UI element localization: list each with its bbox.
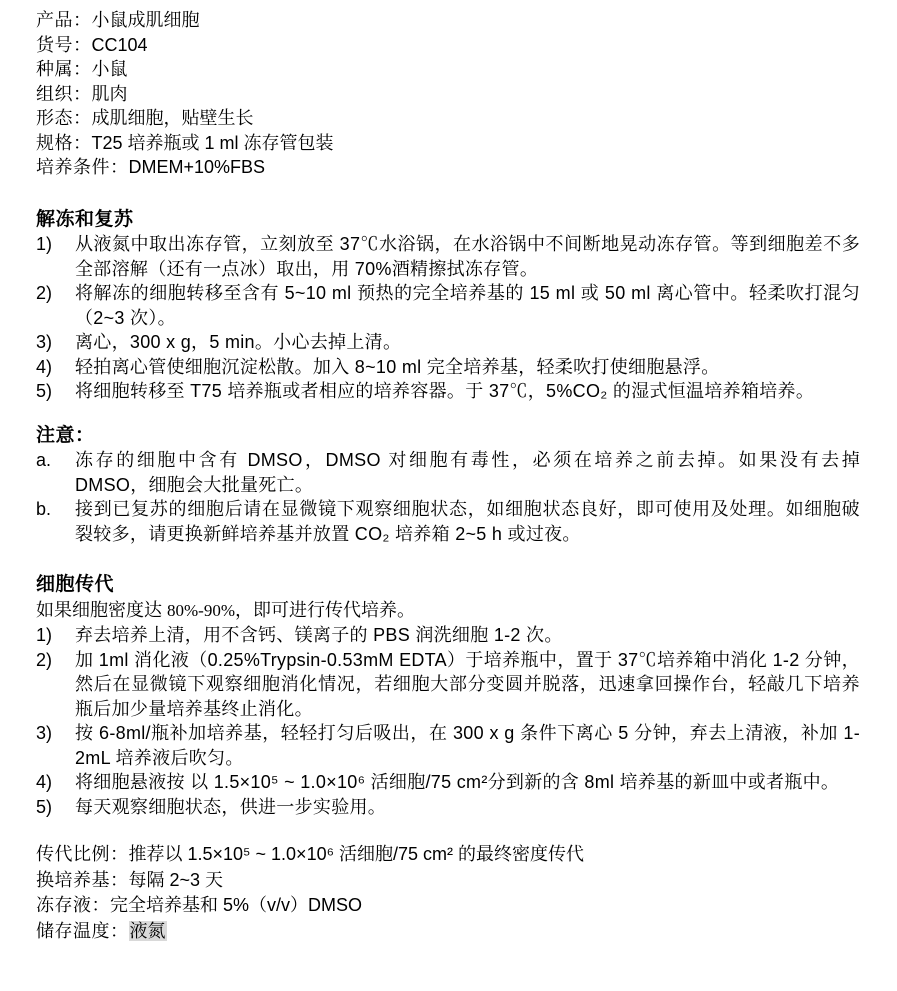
step-text: 从液氮中取出冻存管，立刻放至 37℃水浴锅，在水浴锅中不间断地晃动冻存管。等到细… (75, 232, 860, 281)
field-label: 冻存液： (36, 895, 110, 915)
step-text: 轻拍离心管使细胞沉淀松散。加入 8~10 ml 完全培养基，轻柔吹打使细胞悬浮。 (75, 355, 860, 380)
list-marker: 1) (36, 623, 75, 648)
info-line-tissue: 组织：肌肉 (36, 82, 860, 107)
thawing-step-5: 5)将细胞转移至 T75 培养瓶或者相应的培养容器。于 37℃，5%CO₂ 的湿… (36, 379, 860, 404)
step-text: 将细胞悬液按 以 1.5×10⁵ ~ 1.0×10⁶ 活细胞/75 cm²分到新… (75, 770, 860, 795)
note-text: 接到已复苏的细胞后请在显微镜下观察细胞状态，如细胞状态良好，即可使用及处理。如细… (75, 497, 860, 546)
product-info-block: 产品：小鼠成肌细胞 货号：CC104 种属：小鼠 组织：肌肉 形态：成肌细胞，贴… (36, 8, 860, 180)
list-marker: 1) (36, 232, 75, 281)
field-label: 种属： (36, 59, 92, 79)
field-value: 每隔 2~3 天 (129, 870, 224, 890)
field-label: 形态： (36, 108, 92, 128)
notes-section-title: 注意： (36, 424, 860, 449)
info-line-catalog-number: 货号：CC104 (36, 33, 860, 58)
list-marker: 2) (36, 281, 75, 330)
step-text: 离心，300 x g，5 min。小心去掉上清。 (75, 330, 860, 355)
field-value: 肌肉 (92, 84, 128, 104)
passaging-section-title: 细胞传代 (36, 573, 860, 598)
field-label: 传代比例： (36, 844, 129, 864)
field-value: DMEM+10%FBS (129, 157, 266, 177)
summary-line-storage-temp: 储存温度：液氮 (36, 919, 860, 945)
field-value: T25 培养瓶或 1 ml 冻存管包装 (92, 133, 334, 153)
summary-line-medium-change: 换培养基：每隔 2~3 天 (36, 868, 860, 894)
thawing-step-1: 1)从液氮中取出冻存管，立刻放至 37℃水浴锅，在水浴锅中不间断地晃动冻存管。等… (36, 232, 860, 281)
field-label: 组织： (36, 84, 92, 104)
field-label: 货号： (36, 35, 92, 55)
note-a: a.冻存的细胞中含有 DMSO，DMSO 对细胞有毒性，必须在培养之前去掉。如果… (36, 448, 860, 497)
intro-prefix: 如果细胞密度达 (36, 600, 167, 620)
passaging-step-2: 2)加 1ml 消化液（0.25%Trypsin-0.53mM EDTA）于培养… (36, 648, 860, 722)
info-line-morphology: 形态：成肌细胞，贴壁生长 (36, 106, 860, 131)
passaging-intro: 如果细胞密度达 80%-90%，即可进行传代培养。 (36, 598, 860, 624)
info-line-format: 规格：T25 培养瓶或 1 ml 冻存管包装 (36, 131, 860, 156)
intro-suffix: ，即可进行传代培养。 (235, 600, 415, 620)
thawing-step-4: 4)轻拍离心管使细胞沉淀松散。加入 8~10 ml 完全培养基，轻柔吹打使细胞悬… (36, 355, 860, 380)
field-value: CC104 (92, 35, 148, 55)
summary-block: 传代比例：推荐以 1.5×10⁵ ~ 1.0×10⁶ 活细胞/75 cm² 的最… (36, 842, 860, 944)
list-marker: b. (36, 497, 75, 546)
field-value: 小鼠 (92, 59, 128, 79)
thawing-section: 解冻和复苏 1)从液氮中取出冻存管，立刻放至 37℃水浴锅，在水浴锅中不间断地晃… (36, 208, 860, 404)
step-text: 将解冻的细胞转移至含有 5~10 ml 预热的完全培养基的 15 ml 或 50… (75, 281, 860, 330)
thawing-step-2: 2)将解冻的细胞转移至含有 5~10 ml 预热的完全培养基的 15 ml 或 … (36, 281, 860, 330)
list-marker: 5) (36, 795, 75, 820)
storage-temp-value: 液氮 (129, 921, 167, 941)
thawing-step-3: 3)离心，300 x g，5 min。小心去掉上清。 (36, 330, 860, 355)
list-marker: 3) (36, 330, 75, 355)
field-value: 成肌细胞，贴壁生长 (92, 108, 254, 128)
list-marker: 5) (36, 379, 75, 404)
field-label: 产品： (36, 10, 92, 30)
passaging-step-5: 5)每天观察细胞状态，供进一步实验用。 (36, 795, 860, 820)
passaging-section: 细胞传代 如果细胞密度达 80%-90%，即可进行传代培养。 1)弃去培养上清，… (36, 573, 860, 819)
field-label: 规格： (36, 133, 92, 153)
step-text: 将细胞转移至 T75 培养瓶或者相应的培养容器。于 37℃，5%CO₂ 的湿式恒… (75, 379, 860, 404)
density-range: 80%-90% (167, 601, 235, 620)
list-marker: 4) (36, 770, 75, 795)
passaging-step-1: 1)弃去培养上清，用不含钙、镁离子的 PBS 润洗细胞 1-2 次。 (36, 623, 860, 648)
info-line-product: 产品：小鼠成肌细胞 (36, 8, 860, 33)
field-value: 推荐以 1.5×10⁵ ~ 1.0×10⁶ 活细胞/75 cm² 的最终密度传代 (129, 844, 585, 864)
list-marker: 2) (36, 648, 75, 722)
field-value: 完全培养基和 5%（v/v）DMSO (110, 895, 362, 915)
list-marker: a. (36, 448, 75, 497)
field-label: 培养条件： (36, 157, 129, 177)
info-line-culture-condition: 培养条件：DMEM+10%FBS (36, 155, 860, 180)
field-label: 储存温度： (36, 921, 129, 941)
list-marker: 3) (36, 721, 75, 770)
note-text: 冻存的细胞中含有 DMSO，DMSO 对细胞有毒性，必须在培养之前去掉。如果没有… (75, 448, 860, 497)
step-text: 按 6-8ml/瓶补加培养基，轻轻打匀后吸出，在 300 x g 条件下离心 5… (75, 721, 860, 770)
step-text: 弃去培养上清，用不含钙、镁离子的 PBS 润洗细胞 1-2 次。 (75, 623, 860, 648)
info-line-species: 种属：小鼠 (36, 57, 860, 82)
thawing-section-title: 解冻和复苏 (36, 208, 860, 233)
step-text: 每天观察细胞状态，供进一步实验用。 (75, 795, 860, 820)
summary-line-split-ratio: 传代比例：推荐以 1.5×10⁵ ~ 1.0×10⁶ 活细胞/75 cm² 的最… (36, 842, 860, 868)
summary-line-freezing-medium: 冻存液：完全培养基和 5%（v/v）DMSO (36, 893, 860, 919)
passaging-step-4: 4)将细胞悬液按 以 1.5×10⁵ ~ 1.0×10⁶ 活细胞/75 cm²分… (36, 770, 860, 795)
step-text: 加 1ml 消化液（0.25%Trypsin-0.53mM EDTA）于培养瓶中… (75, 648, 860, 722)
notes-section: 注意： a.冻存的细胞中含有 DMSO，DMSO 对细胞有毒性，必须在培养之前去… (36, 424, 860, 547)
passaging-step-3: 3)按 6-8ml/瓶补加培养基，轻轻打匀后吸出，在 300 x g 条件下离心… (36, 721, 860, 770)
note-b: b.接到已复苏的细胞后请在显微镜下观察细胞状态，如细胞状态良好，即可使用及处理。… (36, 497, 860, 546)
list-marker: 4) (36, 355, 75, 380)
document-page: 产品：小鼠成肌细胞 货号：CC104 种属：小鼠 组织：肌肉 形态：成肌细胞，贴… (0, 0, 897, 944)
field-label: 换培养基： (36, 870, 129, 890)
field-value: 小鼠成肌细胞 (92, 10, 200, 30)
